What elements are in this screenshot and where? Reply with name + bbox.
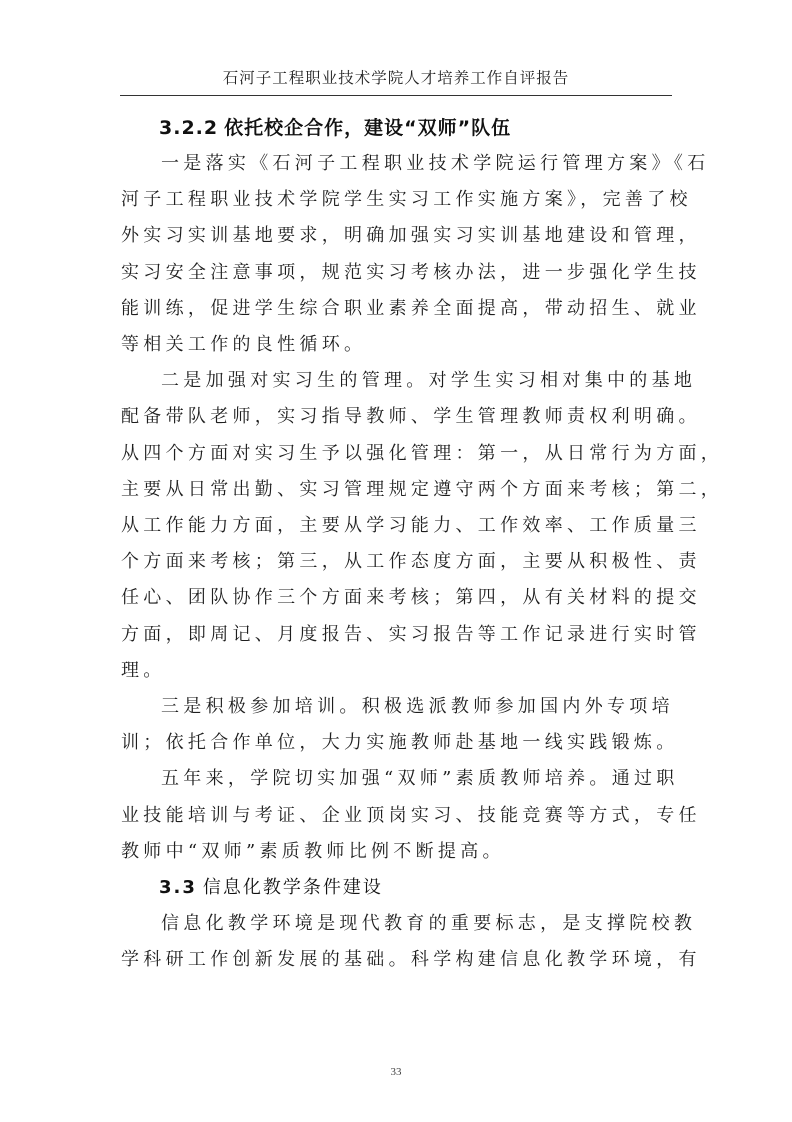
text-line: 学科研工作创新发展的基础。科学构建信息化教学环境，有 bbox=[121, 942, 673, 978]
text-line: 任心、团队协作三个方面来考核；第四，从有关材料的提交 bbox=[121, 580, 673, 616]
section-number: 3.2.2 bbox=[159, 117, 218, 139]
text-line: 五年来，学院切实加强“双师”素质教师培养。通过职 bbox=[121, 761, 673, 797]
paragraph-internship-base: 一是落实《石河子工程职业技术学院运行管理方案》《石 河子工程职业技术学院学生实习… bbox=[121, 146, 673, 363]
text-line: 从工作能力方面，主要从学习能力、工作效率、工作质量三 bbox=[121, 508, 673, 544]
text-line: 三是积极参加培训。积极选派教师参加国内外专项培 bbox=[121, 689, 673, 725]
section-number: 3.3 bbox=[159, 877, 197, 898]
section-heading-3-2-2: 3.2.2依托校企合作，建设“双师”队伍 bbox=[121, 110, 673, 146]
paragraph-intern-management: 二是加强对实习生的管理。对学生实习相对集中的基地 配备带队老师，实习指导教师、学… bbox=[121, 363, 673, 689]
text-line: 理。 bbox=[121, 653, 673, 689]
text-line: 能训练，促进学生综合职业素养全面提高，带动招生、就业 bbox=[121, 291, 673, 327]
page-body: 3.2.2依托校企合作，建设“双师”队伍 一是落实《石河子工程职业技术学院运行管… bbox=[121, 110, 673, 978]
text-line: 个方面来考核；第三，从工作态度方面，主要从积极性、责 bbox=[121, 544, 673, 580]
text-line: 一是落实《石河子工程职业技术学院运行管理方案》《石 bbox=[121, 146, 673, 182]
text-line: 教师中“双师”素质教师比例不断提高。 bbox=[121, 834, 673, 870]
paragraph-dual-teacher-summary: 五年来，学院切实加强“双师”素质教师培养。通过职 业技能培训与考证、企业顶岗实习… bbox=[121, 761, 673, 870]
text-line: 训；依托合作单位，大力实施教师赴基地一线实践锻炼。 bbox=[121, 725, 673, 761]
section-title: 信息化教学条件建设 bbox=[203, 877, 383, 898]
section-heading-3-3: 3.3信息化教学条件建设 bbox=[121, 870, 673, 906]
text-line: 从四个方面对实习生予以强化管理：第一，从日常行为方面， bbox=[121, 436, 673, 472]
text-line: 外实习实训基地要求，明确加强实习实训基地建设和管理， bbox=[121, 218, 673, 254]
running-header: 石河子工程职业技术学院人才培养工作自评报告 bbox=[120, 66, 672, 88]
text-line: 方面，即周记、月度报告、实习报告等工作记录进行实时管 bbox=[121, 617, 673, 653]
page-number: 33 bbox=[0, 1066, 792, 1078]
text-line: 实习安全注意事项，规范实习考核办法，进一步强化学生技 bbox=[121, 255, 673, 291]
text-line: 业技能培训与考证、企业顶岗实习、技能竞赛等方式，专任 bbox=[121, 798, 673, 834]
text-line: 配备带队老师，实习指导教师、学生管理教师责权利明确。 bbox=[121, 399, 673, 435]
header-divider bbox=[120, 95, 672, 96]
text-line: 信息化教学环境是现代教育的重要标志，是支撑院校教 bbox=[121, 906, 673, 942]
text-line: 二是加强对实习生的管理。对学生实习相对集中的基地 bbox=[121, 363, 673, 399]
section-title: 依托校企合作，建设“双师”队伍 bbox=[224, 117, 511, 139]
text-line: 等相关工作的良性循环。 bbox=[121, 327, 673, 363]
text-line: 河子工程职业技术学院学生实习工作实施方案》，完善了校 bbox=[121, 182, 673, 218]
text-line: 主要从日常出勤、实习管理规定遵守两个方面来考核；第二， bbox=[121, 472, 673, 508]
paragraph-training: 三是积极参加培训。积极选派教师参加国内外专项培 训；依托合作单位，大力实施教师赴… bbox=[121, 689, 673, 761]
paragraph-it-environment: 信息化教学环境是现代教育的重要标志，是支撑院校教 学科研工作创新发展的基础。科学… bbox=[121, 906, 673, 978]
